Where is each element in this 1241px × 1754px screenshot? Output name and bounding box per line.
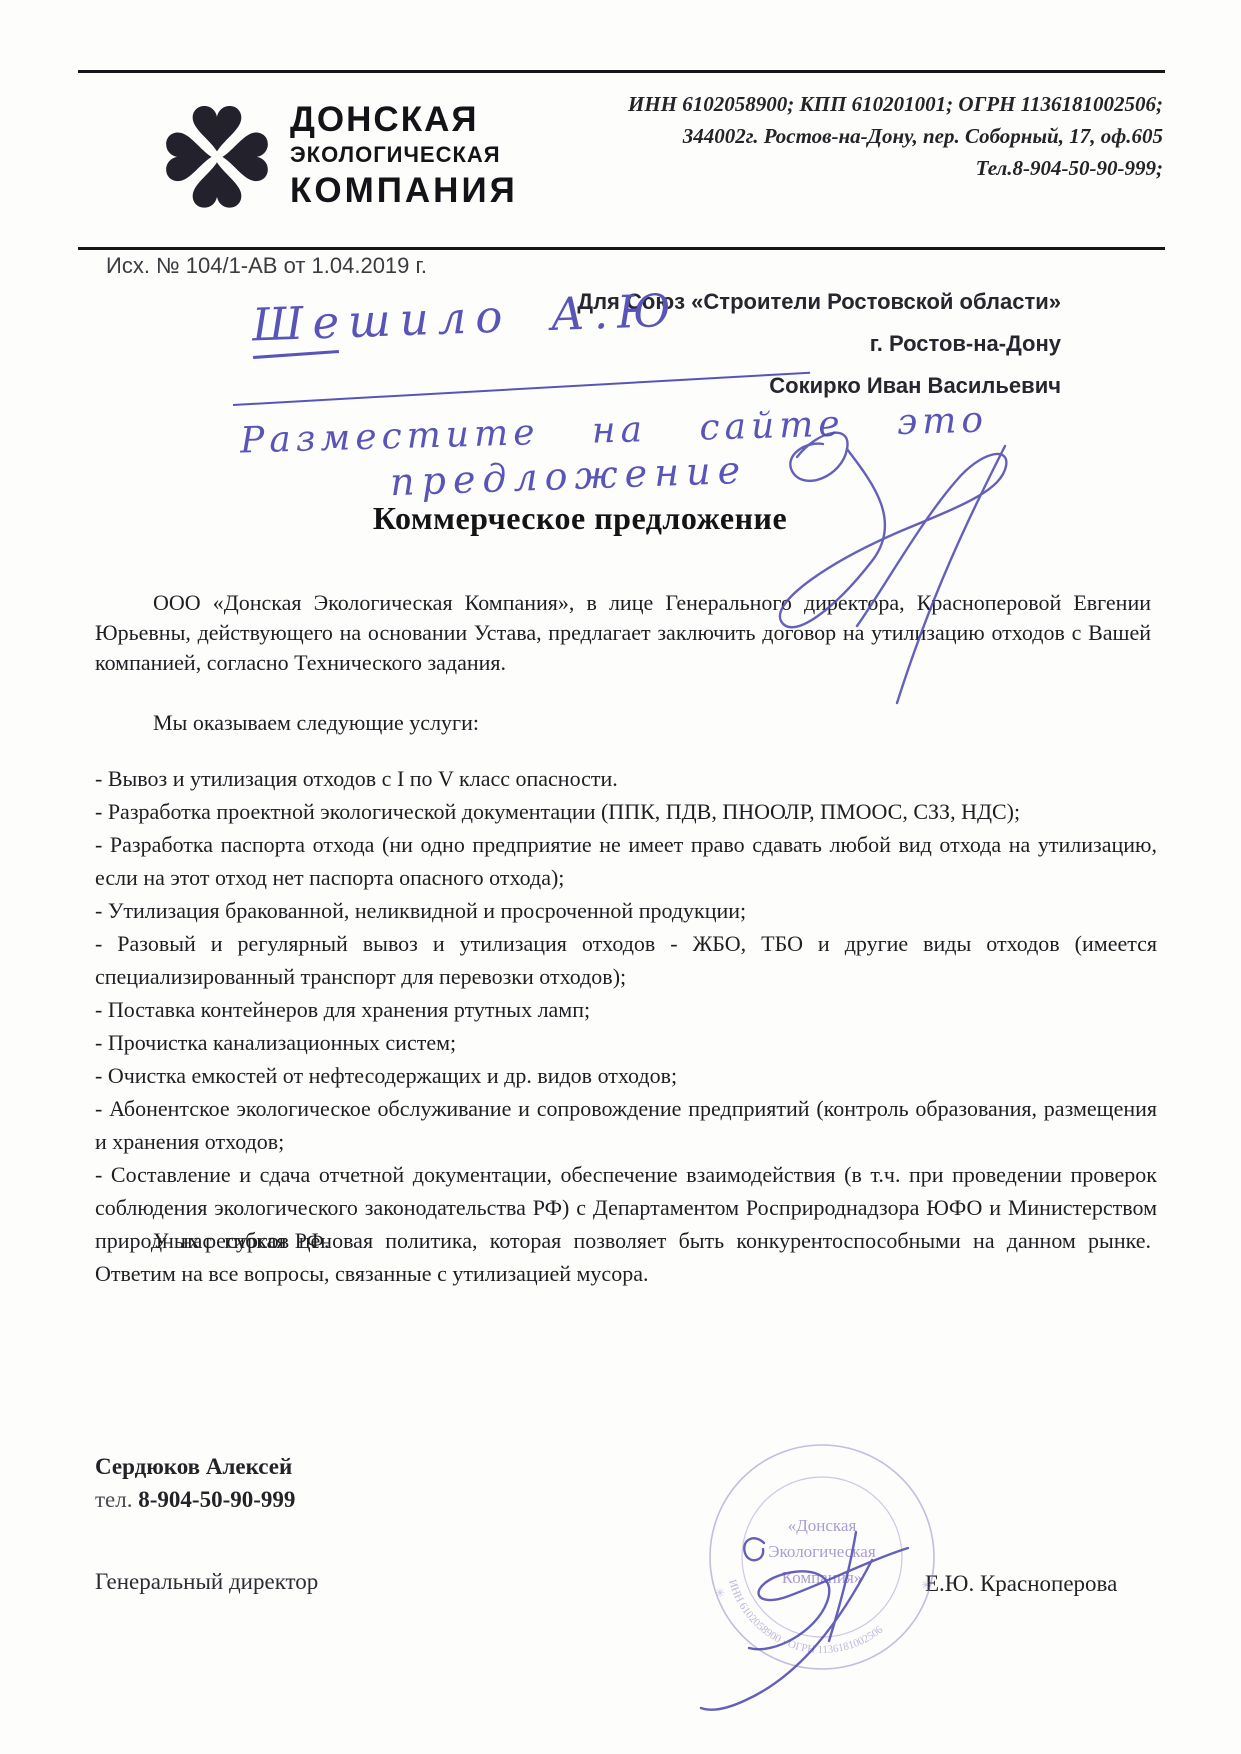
service-item: - Очистка емкостей от нефтесодержащих и … <box>95 1059 1157 1092</box>
contact-name: Сердюков Алексей <box>95 1450 295 1483</box>
scanned-letter-page: ДОНСКАЯ ЭКОЛОГИЧЕСКАЯ КОМПАНИЯ ИНН 61020… <box>0 0 1241 1754</box>
service-item: - Поставка контейнеров для хранения ртут… <box>95 993 1157 1026</box>
company-name: ДОНСКАЯ ЭКОЛОГИЧЕСКАЯ КОМПАНИЯ <box>290 102 518 208</box>
stamp-ring-text: ИНН 6102058900 · ОГРН 1136181002506 <box>726 1578 886 1656</box>
header-divider-line <box>78 247 1165 250</box>
requisites-line: 344002г. Ростов-на-Дону, пер. Соборный, … <box>628 120 1163 152</box>
signer-name: Е.Ю. Красноперова <box>925 1571 1117 1597</box>
handwritten-instruction-line2: предложение <box>389 448 747 504</box>
phone-number: 8-904-50-90-999 <box>138 1487 295 1512</box>
four-hearts-clover-icon <box>158 92 276 218</box>
svg-text:✳: ✳ <box>715 1586 725 1600</box>
service-item: - Разработка проектной экологической док… <box>95 795 1157 828</box>
service-item: - Разработка паспорта отхода (ни одно пр… <box>95 828 1157 894</box>
stamp-center-line: Компания» <box>782 1568 863 1587</box>
top-border-line <box>78 70 1165 73</box>
company-logo: ДОНСКАЯ ЭКОЛОГИЧЕСКАЯ КОМПАНИЯ <box>158 92 518 218</box>
svg-text:✳: ✳ <box>921 1578 931 1592</box>
service-item: - Разовый и регулярный вывоз и утилизаци… <box>95 927 1157 993</box>
requisites-line: ИНН 6102058900; КПП 610201001; ОГРН 1136… <box>628 88 1163 120</box>
signer-position: Генеральный директор <box>95 1569 318 1595</box>
company-round-stamp: ИНН 6102058900 · ОГРН 1136181002506 «Дон… <box>694 1429 950 1685</box>
stamp-center-line: «Донская <box>788 1516 857 1535</box>
service-item: - Прочистка канализационных систем; <box>95 1026 1157 1059</box>
company-name-line: ДОНСКАЯ <box>290 102 518 137</box>
company-name-line: КОМПАНИЯ <box>290 173 518 208</box>
handwritten-underline <box>253 350 339 359</box>
service-item: - Вывоз и утилизация отходов с I по V кл… <box>95 762 1157 795</box>
contact-block: Сердюков Алексей тел. 8-904-50-90-999 <box>95 1450 295 1516</box>
service-item: - Утилизация бракованной, неликвидной и … <box>95 894 1157 927</box>
phone-label: тел. <box>95 1487 133 1512</box>
service-item: - Абонентское экологическое обслуживание… <box>95 1092 1157 1158</box>
stamp-center-line: Экологическая <box>768 1542 876 1561</box>
intro-paragraph: ООО «Донская Экологическая Компания», в … <box>95 588 1151 678</box>
closing-paragraph: У нас гибкая ценовая политика, которая п… <box>95 1224 1151 1290</box>
svg-text:ИНН 6102058900 · ОГРН 11361810: ИНН 6102058900 · ОГРН 1136181002506 <box>726 1578 886 1656</box>
requisites-line: Тел.8-904-50-90-999; <box>628 152 1163 184</box>
services-list: - Вывоз и утилизация отходов с I по V кл… <box>95 762 1157 1257</box>
addressee-line: Сокирко Иван Васильевич <box>577 365 1061 407</box>
document-title: Коммерческое предложение <box>80 500 1080 537</box>
outgoing-number-line: Исх. № 104/1-АВ от 1.04.2019 г. <box>106 253 427 279</box>
company-name-line: ЭКОЛОГИЧЕСКАЯ <box>290 144 518 166</box>
services-intro: Мы оказываем следующие услуги: <box>95 710 479 736</box>
contact-phone: тел. 8-904-50-90-999 <box>95 1483 295 1516</box>
company-requisites: ИНН 6102058900; КПП 610201001; ОГРН 1136… <box>628 88 1163 184</box>
